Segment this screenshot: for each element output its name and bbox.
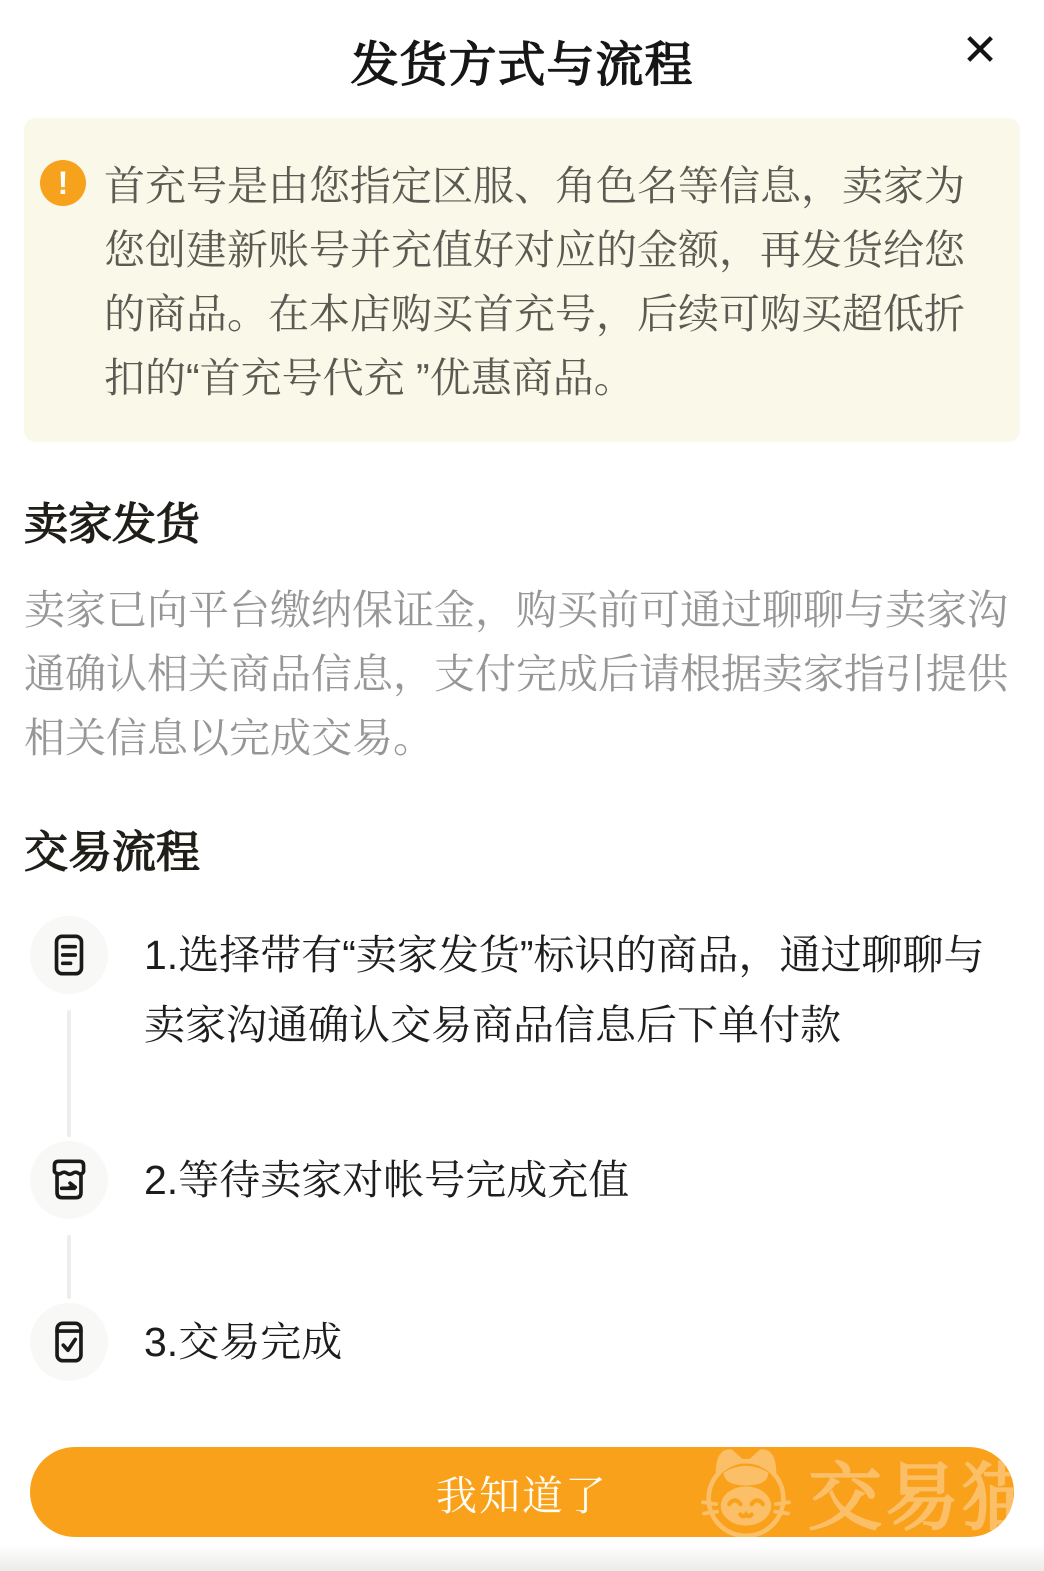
notice-text: 首充号是由您指定区服、角色名等信息，卖家为您创建新账号并充值好对应的金额，再发货…: [104, 154, 992, 410]
step-1-text: 1.选择带有“卖家发货”标识的商品，通过聊聊与卖家沟通确认交易商品信息后下单付款: [144, 916, 1020, 1141]
step-connector-line: [67, 1010, 71, 1137]
shipping-info-modal: 发货方式与流程 ✕ ! 首充号是由您指定区服、角色名等信息，卖家为您创建新账号并…: [0, 0, 1044, 1423]
confirm-button-label: 我知道了: [30, 1447, 1014, 1537]
process-steps: 1.选择带有“卖家发货”标识的商品，通过聊聊与卖家沟通确认交易商品信息后下单付款…: [24, 916, 1020, 1423]
step-2: 2.等待卖家对帐号完成充值: [30, 1141, 1020, 1303]
step-1-icon-column: [30, 916, 108, 1141]
done-check-icon: [30, 1303, 108, 1381]
step-3: 3.交易完成: [30, 1303, 1020, 1423]
confirm-button[interactable]: 我知道了 交易猫: [30, 1447, 1014, 1537]
step-3-icon-column: [30, 1303, 108, 1423]
modal-title: 发货方式与流程: [24, 26, 1020, 95]
recharge-store-icon: [30, 1141, 108, 1219]
close-button[interactable]: ✕: [948, 18, 1012, 82]
step-3-text: 3.交易完成: [144, 1303, 1020, 1423]
step-1: 1.选择带有“卖家发货”标识的商品，通过聊聊与卖家沟通确认交易商品信息后下单付款: [30, 916, 1020, 1141]
order-list-icon: [30, 916, 108, 994]
step-2-icon-column: [30, 1141, 108, 1303]
close-icon: ✕: [962, 25, 999, 76]
exclamation-icon: !: [40, 160, 86, 206]
bottom-edge-fade: [0, 1545, 1044, 1571]
step-connector-line: [67, 1235, 71, 1299]
step-2-text: 2.等待卖家对帐号完成充值: [144, 1141, 1020, 1303]
seller-shipping-heading: 卖家发货: [24, 488, 1020, 552]
seller-shipping-body: 卖家已向平台缴纳保证金，购买前可通过聊聊与卖家沟通确认相关商品信息，支付完成后请…: [24, 578, 1020, 770]
process-heading: 交易流程: [24, 816, 1020, 880]
first-recharge-notice: ! 首充号是由您指定区服、角色名等信息，卖家为您创建新账号并充值好对应的金额，再…: [24, 118, 1020, 442]
modal-header: 发货方式与流程 ✕: [24, 0, 1020, 96]
